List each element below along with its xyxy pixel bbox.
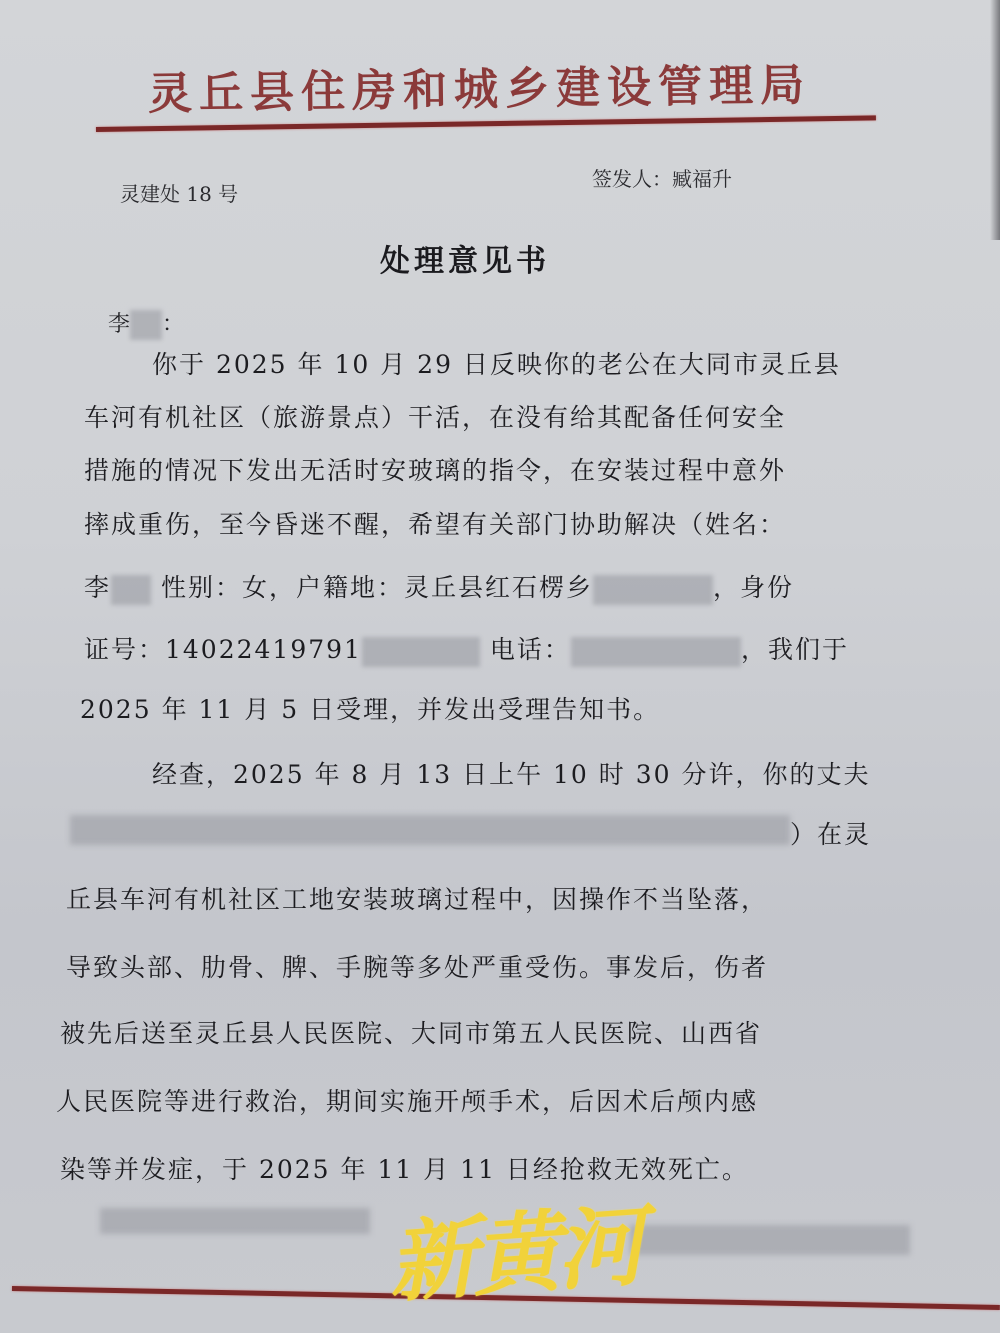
redacted-name [130,310,162,340]
salutation: 李： [108,307,184,340]
redacted-text-right [630,1225,910,1255]
paragraph1-line2: 车河有机社区（旅游景点）干活，在没有给其配备任何安全 [84,398,786,434]
paragraph2-line5: 被先后送至灵丘县人民医院、大同市第五人民医院、山西省 [60,1014,762,1050]
redacted-phone [571,637,741,667]
redacted-name [111,575,151,605]
redacted-id-number [362,637,480,667]
phone-label: 电话： [490,635,571,664]
name-surname: 李 [84,573,111,602]
paragraph1-line1: 你于 2025 年 10 月 29 日反映你的老公在大同市灵丘县 [152,345,841,381]
xinhuanghe-watermark: 新黄河 [384,1176,644,1319]
redacted-husband-info [70,815,790,845]
gender-residence: 性别：女，户籍地：灵丘县红石楞乡 [161,573,593,602]
id-number-partial: 证号：14022419791 [84,635,362,664]
paragraph1-line4: 摔成重伤，至今昏迷不醒，希望有关部门协助解决（姓名： [84,505,786,541]
paragraph2-line7: 染等并发症，于 2025 年 11 月 11 日经抢救无效死亡。 [60,1150,749,1186]
we-at: ，我们于 [741,635,849,664]
redacted-text-left [100,1208,370,1234]
id-label-start: ，身份 [713,573,794,602]
paragraph1-line5: 李 性别：女，户籍地：灵丘县红石楞乡，身份 [84,568,794,605]
paragraph2-line2: ）在灵 [790,815,871,851]
paragraph1-line6: 证号：14022419791 电话：，我们于 [84,630,849,667]
document-number: 灵建处 18 号 [120,178,238,207]
paragraph1-line7: 2025 年 11 月 5 日受理，并发出受理告知书。 [80,690,660,726]
paragraph2-line4: 导致头部、肋骨、脾、手腕等多处严重受伤。事发后，伤者 [66,948,768,984]
issuer-name: 臧福升 [672,167,732,191]
paragraph2-line6: 人民医院等进行救治，期间实施开颅手术，后因术后颅内感 [56,1082,758,1118]
salutation-surname: 李 [108,312,130,337]
paragraph1-line3: 措施的情况下发出无活时安玻璃的指令，在安装过程中意外 [84,451,786,487]
salutation-colon: ： [162,312,184,337]
document-page: 灵丘县住房和城乡建设管理局 灵建处 18 号 签发人：臧福升 处理意见书 李： … [0,0,1000,1333]
agency-letterhead: 灵丘县住房和城乡建设管理局 [148,48,839,122]
page-edge-shadow [990,0,1000,240]
paragraph2-line1: 经查，2025 年 8 月 13 日上午 10 时 30 分许，你的丈夫 [152,755,871,791]
issuer-label: 签发人： [592,167,672,191]
issuer: 签发人：臧福升 [592,163,732,192]
paragraph2-line3: 丘县车河有机社区工地安装玻璃过程中，因操作不当坠落， [66,880,768,916]
redacted-address [593,575,713,605]
document-title: 处理意见书 [380,236,550,280]
